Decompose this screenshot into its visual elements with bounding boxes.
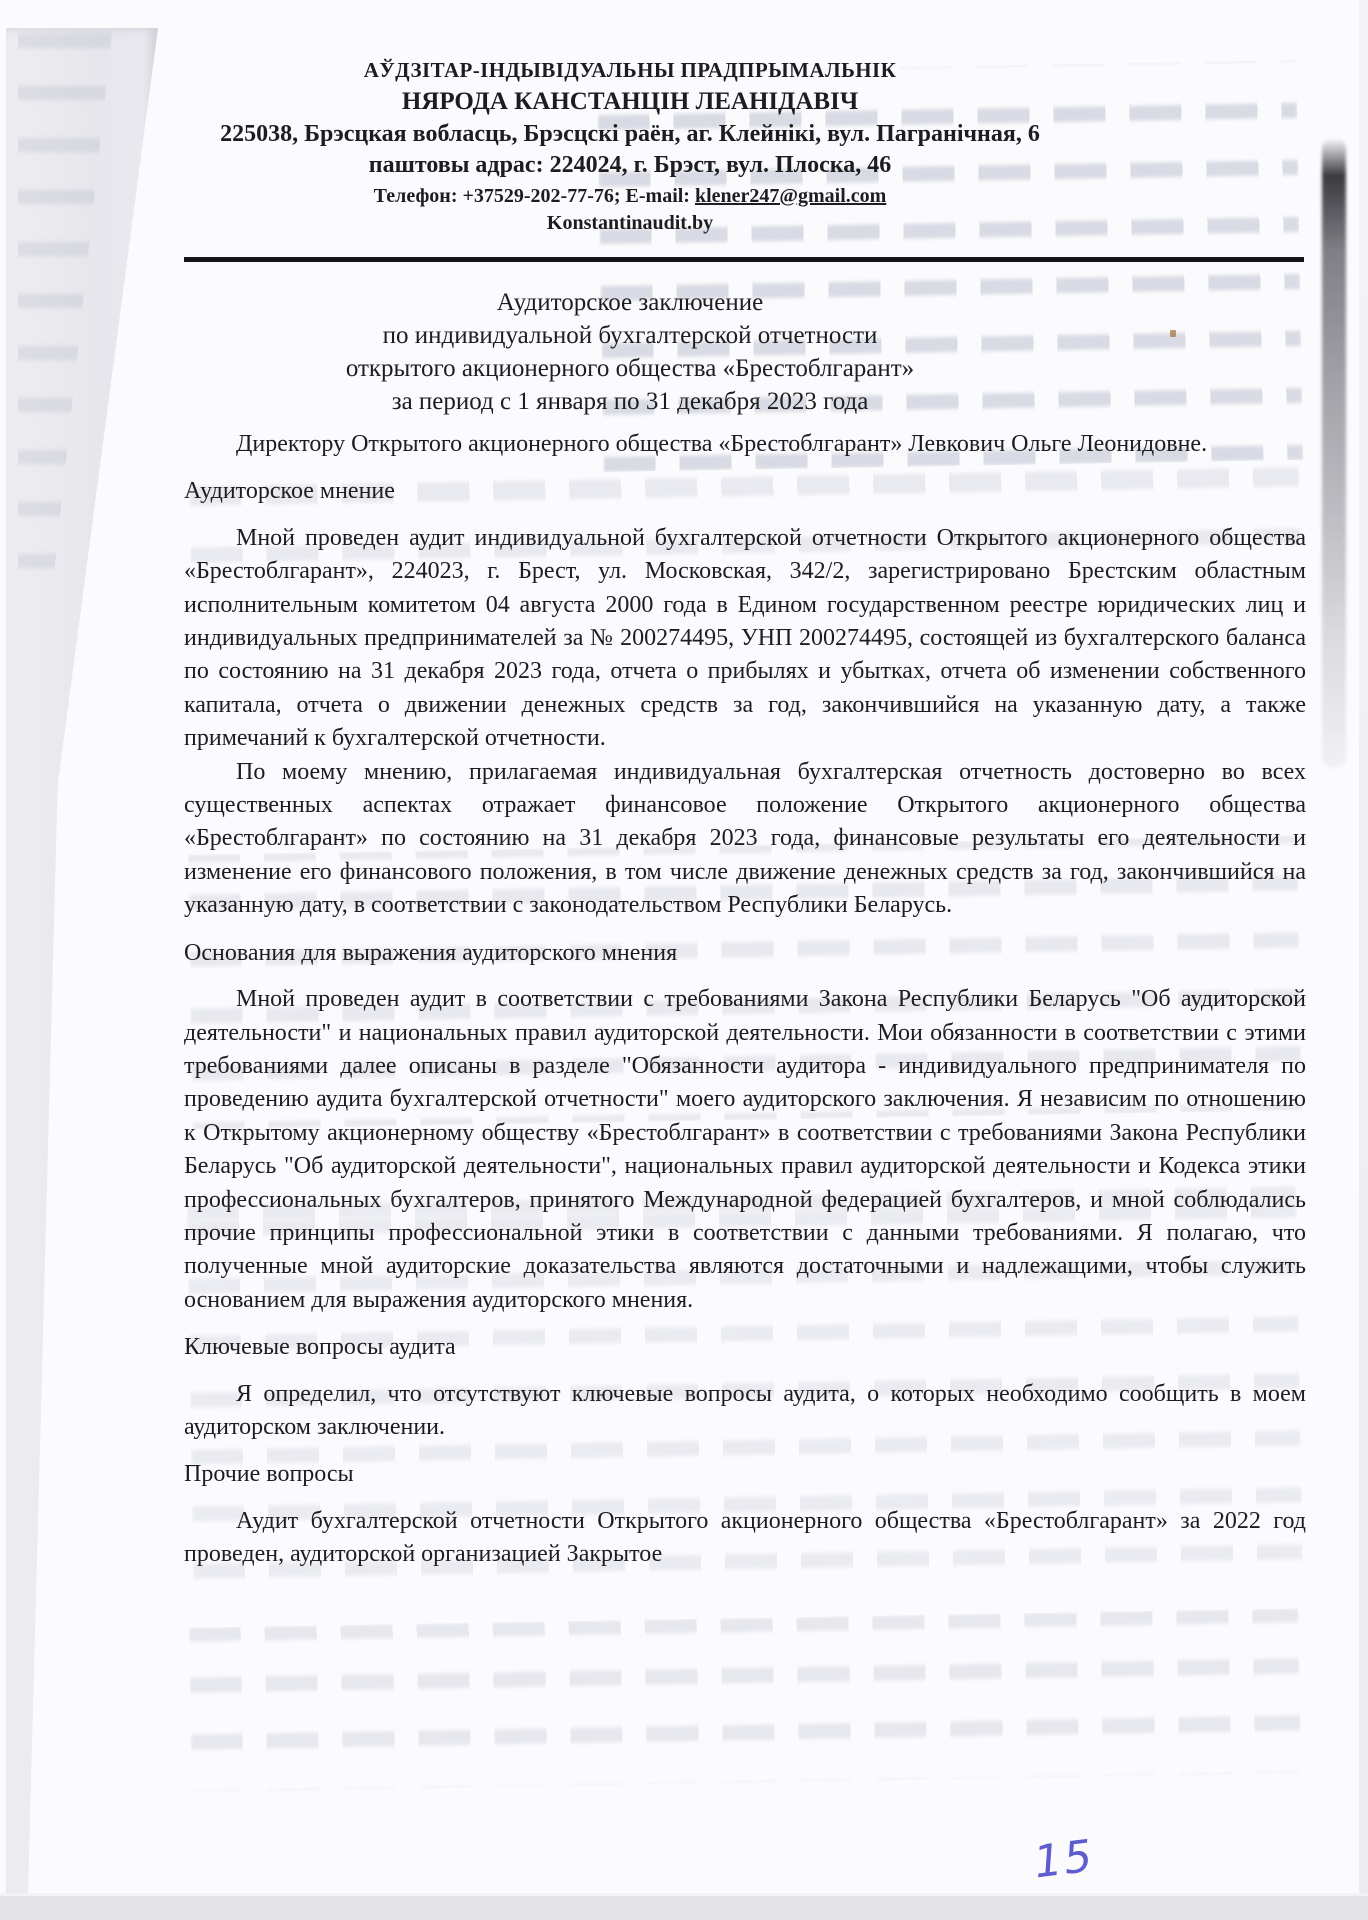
title-line-1: Аудиторское заключение [40,286,1220,319]
section-key-audit-matters: Ключевые вопросы аудита Я определил, что… [184,1331,1306,1444]
email-address: klener247@gmail.com [695,185,886,207]
paragraph: По моему мнению, прилагаемая индивидуаль… [184,756,1306,923]
document-title: Аудиторское заключение по индивидуальной… [40,286,1220,418]
scan-bottom-edge [0,1893,1368,1920]
section-heading: Ключевые вопросы аудита [184,1331,1306,1364]
section-heading: Прочие вопросы [184,1458,1306,1491]
section-heading: Основания для выражения аудиторского мне… [184,937,1306,970]
section-basis-for-opinion: Основания для выражения аудиторского мне… [184,937,1306,1317]
letterhead-divider-rule [184,257,1304,262]
title-line-3: открытого акционерного общества «Брестоб… [40,352,1220,385]
paragraph: Аудит бухгалтерской отчетности Открытого… [184,1505,1306,1572]
auditor-name: НЯРОДА КАНСТАНЦІН ЛЕАНІДАВІЧ [40,88,1220,116]
auditor-website: Konstantinaudit.by [40,212,1220,235]
auditor-role-line: АЎДЗІТАР-ІНДЫВІДУАЛЬНЫ ПРАДПРЫМАЛЬНІК [40,58,1220,83]
paragraph: Я определил, что отсутствуют ключевые во… [184,1378,1306,1445]
handwritten-page-number: 15 [1031,1831,1097,1889]
section-other-matters: Прочие вопросы Аудит бухгалтерской отчет… [184,1458,1306,1571]
scan-smudge-streak [1322,138,1346,768]
phone-label: Телефон: +37529-202-77-76; E-mail: [374,185,695,207]
title-line-4: за период с 1 января по 31 декабря 2023 … [40,385,1220,418]
section-audit-opinion: Аудиторское мнение Мной проведен аудит и… [184,475,1306,922]
title-line-2: по индивидуальной бухгалтерской отчетнос… [40,319,1220,352]
ink-bleed-through [189,1608,1302,1792]
auditor-address: 225038, Брэсцкая вобласць, Брэсцскі раён… [40,121,1220,148]
auditor-contacts: Телефон: +37529-202-77-76; E-mail: klene… [40,185,1220,208]
scan-right-edge [1359,0,1368,1920]
section-heading: Аудиторское мнение [184,475,1306,508]
paragraph: Мной проведен аудит в соответствии с тре… [184,983,1306,1317]
letterhead: АЎДЗІТАР-ІНДЫВІДУАЛЬНЫ ПРАДПРЫМАЛЬНІК НЯ… [40,58,1220,235]
document-body: Директору Открытого акционерного обществ… [184,428,1306,1572]
auditor-postal-address: паштовы адрас: 224024, г. Брэст, вул. Пл… [40,152,1220,179]
scanned-document-page: АЎДЗІТАР-ІНДЫВІДУАЛЬНЫ ПРАДПРЫМАЛЬНІК НЯ… [0,0,1368,1920]
paragraph: Мной проведен аудит индивидуальной бухга… [184,522,1306,756]
addressee-paragraph: Директору Открытого акционерного обществ… [184,428,1306,461]
